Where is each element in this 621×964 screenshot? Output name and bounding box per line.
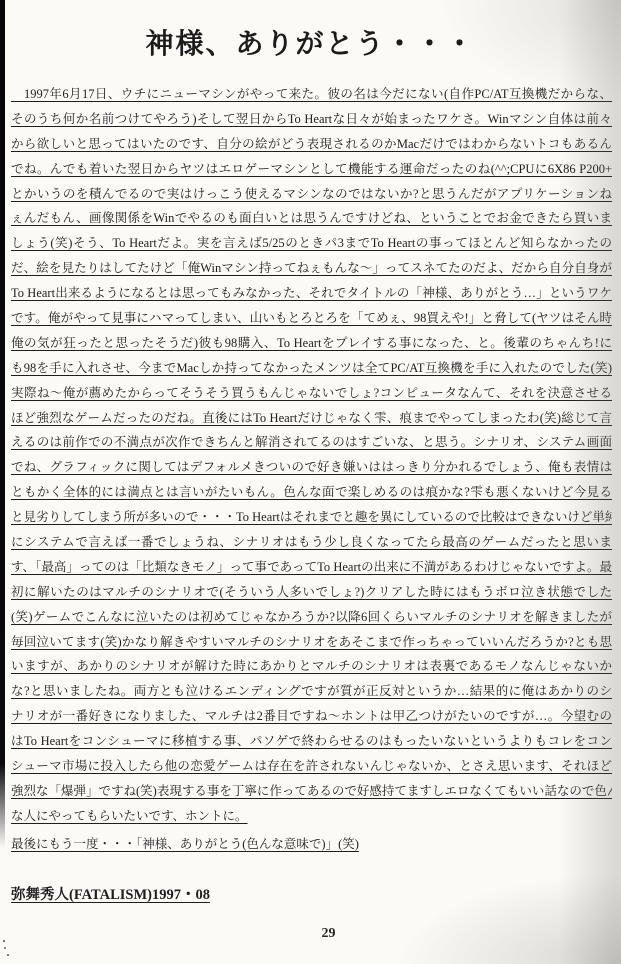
body-line: 毎回泣いてます(笑)かなり解きやすいマルチのシナリオをあそこまで作っちゃっていい…	[11, 630, 612, 655]
body-line: シューマ市場に投入したら他の恋愛ゲームは存在を許されないんじゃないか、とさえ思い…	[11, 754, 612, 779]
scan-noise-specks	[3, 940, 5, 942]
body-line: です。俺がやって見事にハマってしまい、山いもとろとろを「てめぇ、98買えや!」と…	[11, 306, 612, 331]
body-line: 初に解いたのはマルチのシナリオで(そういう人多いでしょ?)クリアした時にはもうボ…	[11, 580, 612, 605]
body-line: だ、絵を見たりはしてたけど「俺Winマシン持ってねぇもんな〜」ってスネてたのだよ…	[11, 256, 612, 281]
body-line: はTo Heartをコンシューマに移植する事、パソゲで終わらせるのはもったいない…	[11, 729, 612, 754]
body-line: 1997年6月17日、ウチにニューマシンがやって来た。彼の名は今だにない(自作P…	[11, 82, 612, 107]
body-line: ともかく全体的には満点とは言いがたいもん。色んな面で楽しめるのは痕かな?雫も悪く…	[11, 480, 612, 505]
closing-line: 最後にもう一度・・・「神様、ありがとう(色んな意味で)」(笑)	[11, 832, 612, 857]
body-line: も98を手に入れさせ、今までMacしか持ってなかったメンツは全てPC/AT互換機…	[11, 356, 612, 381]
body-line: と見劣りしてしまう所が多いので・・・To Heartはそれまでと趣を異にしている…	[11, 505, 612, 530]
body-line: (笑)ゲームでこんなに泣いたのは初めてじゃなかろうか?以降6回くらいマルチのシナ…	[11, 605, 612, 630]
body-line: す、「最高」ってのは「比類なきモノ」って事であってTo Heartの出来に不満が…	[11, 555, 612, 580]
page-title: 神様、ありがとう・・・	[0, 22, 621, 62]
body-line: でね、グラフィックに関してはデフォルメきついので好き嫌いははっきり分かれるでしょ…	[11, 455, 612, 480]
body-line: でね。んでも着いた翌日からヤツはエロゲーマシンとして機能する運命だったのね(^^…	[11, 157, 612, 182]
page-number: 29	[18, 926, 621, 942]
body-line: ぇんだもん、画像関係をWinでやるのも面白いとは思うんですけどね、ということでお…	[11, 206, 612, 231]
body-line: 強烈な「爆弾」ですね(笑)表現する事を丁寧に作ってあるので好感持てますしエロなく…	[11, 779, 612, 804]
body-line: ナリオが一番好きになりました、マルチは2番目ですね〜ホントは甲乙つけがたいのです…	[11, 704, 612, 729]
scan-edge-left	[0, 0, 5, 848]
body-line: そのうち何か名前つけてやろう)そして翌日からTo Heartな日々が始まったワケ…	[11, 107, 612, 132]
body-paragraph: 1997年6月17日、ウチにニューマシンがやって来た。彼の名は今だにない(自作P…	[11, 82, 612, 829]
body-line: To Heart出来るようになるとは思ってもみなかった、それでタイトルの「神様、…	[11, 281, 612, 306]
signature: 弥舞秀人(FATALISM)1997・08	[11, 883, 210, 904]
body-text: 1997年6月17日、ウチにニューマシンがやって来た。彼の名は今だにない(自作P…	[11, 82, 612, 857]
body-line: とかいうのを積んでるので実はけっこう使えるマシンなのではないか?と思うんだがアプ…	[11, 182, 612, 207]
body-line: 実際ね〜俺が薦めたからってそうそう買うもんじゃないでしょ?コンピュータなんて、そ…	[11, 381, 612, 406]
body-line: ほど強烈なゲームだったのだね。直後にはTo Heartだけじゃなく雫、痕までやっ…	[11, 406, 612, 431]
body-line: にシステムで言えば一番でしょうね、シナリオはもう少し良くなってたら最高のゲームだ…	[11, 530, 612, 555]
body-line: えるのは前作での不満点が次作できちんと解消されてるのはすごいな、と思う。シナリオ…	[11, 430, 612, 455]
body-line: な?と思いましたね。両方とも泣けるエンディングですが質が正反対というか…結果的に…	[11, 679, 612, 704]
body-line: いますが、あかりのシナリオが解けた時にあかりとマルチのシナリオは表裏であるモノな…	[11, 654, 612, 679]
body-line: な人にやってもらいたいです、ホントに。	[11, 804, 612, 829]
scanned-document-page: 神様、ありがとう・・・ 1997年6月17日、ウチにニューマシンがやって来た。彼…	[0, 0, 621, 964]
body-line: 俺の気が狂ったと思ったそうだ)彼も98購入、To Heartをプレイする事になっ…	[11, 331, 612, 356]
body-line: から欲しいと思ってはいたのです、自分の絵がどう表現されるのかMacだけではわから…	[11, 132, 612, 157]
body-line: しょう(笑)そう、To Heartだよ。実を言えば5/25のときパ3までTo H…	[11, 231, 612, 256]
